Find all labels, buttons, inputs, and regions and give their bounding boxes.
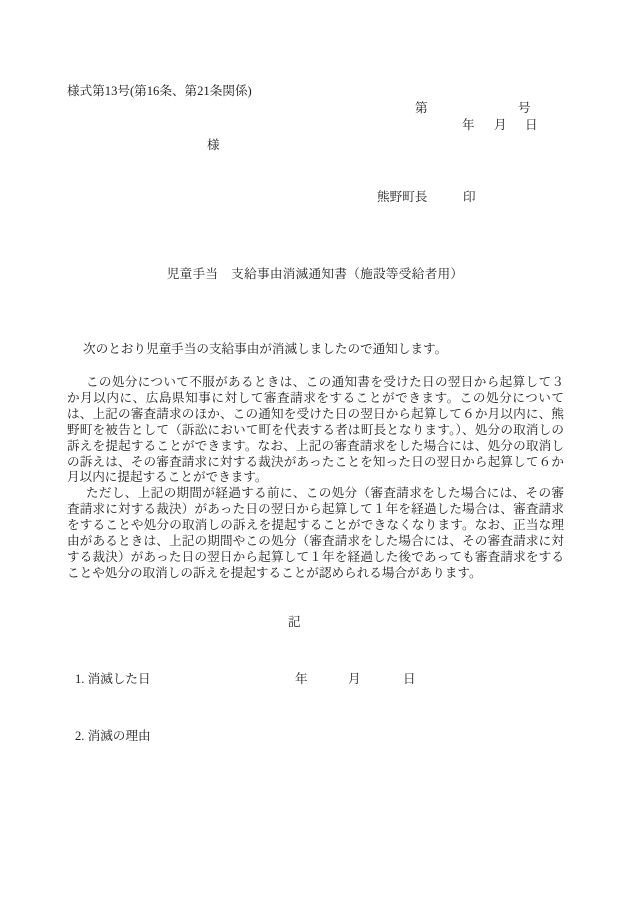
issue-date-day-label: 日 [525,117,538,133]
extinction-date-month-label: 月 [348,671,361,687]
document-page: 様式第13号(第16条、第21条関係) 第 号 年 月 日 様 熊野町長 印 児… [0,0,630,903]
extinction-date-year-label: 年 [295,671,308,687]
doc-number-suffix: 号 [518,100,531,116]
extinction-date-day-label: 日 [403,671,416,687]
appeal-notice-paragraph-1: この処分について不服があるときは、この通知書を受けた日の翌日から起算して３か月以… [67,375,564,486]
appeal-notice-block: この処分について不服があるときは、この通知書を受けた日の翌日から起算して３か月以… [67,375,564,582]
lead-sentence: 次のとおり児童手当の支給事由が消滅しましたので通知します。 [67,341,564,357]
issue-date-month-label: 月 [494,117,507,133]
appeal-notice-paragraph-2: ただし、上記の期間が経過する前に、この処分（審査請求をした場合には、その審査請求… [67,486,564,581]
issuer-seal-mark: 印 [463,189,476,205]
addressee-honorific: 様 [207,137,220,153]
issuer-name: 熊野町長 [377,189,427,205]
doc-number-prefix: 第 [415,100,428,116]
form-number-label: 様式第13号(第16条、第21条関係) [67,83,252,99]
document-title: 児童手当 支給事由消滅通知書（施設等受給者用） [0,266,630,282]
issue-date-year-label: 年 [462,117,475,133]
record-heading: 記 [288,614,301,630]
extinction-reason-label: 2. 消滅の理由 [75,728,151,744]
extinction-date-label: 1. 消滅した日 [75,671,151,687]
